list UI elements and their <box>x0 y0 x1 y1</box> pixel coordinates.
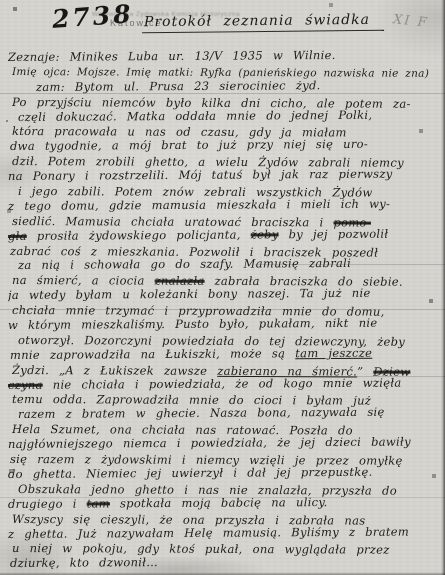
testimony-line: dziurkę, kto dzwonił… <box>10 554 439 572</box>
document-title: Protokół zeznania świadka <box>142 12 384 34</box>
underlined-word: tam jeszcze <box>295 346 372 360</box>
scan-specks <box>0 0 2 2</box>
testimony-line: najgłówniejszego niemca i powiedziała, ż… <box>8 435 439 453</box>
testimony-line: drugiego i tam spotkała moją babcię na u… <box>8 494 439 512</box>
crossed-out-word: gła <box>8 229 27 243</box>
testimony-body: Zeznaje: Minikes Luba ur. 13/V 1935 w Wi… <box>8 50 439 575</box>
testimony-line: za nią i schowała go do szafy. Mamusię z… <box>18 256 439 273</box>
testimony-line: czyna nie chciała i powiedziała, że od k… <box>8 375 439 393</box>
crossed-out-word: tam <box>87 496 110 510</box>
testimony-line: dwa tygodnie, a mój brat to już przy nie… <box>10 137 439 155</box>
testimony-line: zam: Bytom ul. Prusa 23 sierociniec żyd. <box>36 77 439 94</box>
corner-mark: XI F <box>393 12 430 31</box>
testimony-line: częli dokuczać. Matka oddała mnie do jed… <box>18 107 439 124</box>
testimony-line: na Ponary i rozstrzelili. Mój tatuś był … <box>8 166 439 184</box>
testimony-line: do ghetta. Niemiec jej uwierzył i dał je… <box>8 464 439 482</box>
testimony-line: gła prosiła żydowskiego policjanta, żeby… <box>8 226 439 244</box>
registration-number: 2738 <box>51 0 134 34</box>
scan-edge-right <box>441 0 445 575</box>
crossed-out-word: żeby <box>251 227 279 241</box>
testimony-line: ja wtedy byłam u koleżanki bony naszej. … <box>8 286 439 304</box>
testimony-line: razem z bratem w ghecie. Nasza bona, naz… <box>18 405 439 422</box>
testimony-line: z tego domu, gdzie mamusia mieszkała i m… <box>8 196 439 214</box>
crossed-out-word: czyna <box>8 377 43 391</box>
testimony-line: z ghetta. Już nazywałam Helę mamusią. By… <box>8 524 439 542</box>
testimony-line: mnie zaprowadziła na Łukiszki, może są t… <box>10 345 439 363</box>
testimony-line: Zeznaje: Minikes Luba ur. 13/V 1935 w Wi… <box>8 50 439 65</box>
testimony-line: w którym mieszkaliśmy. Pusto było, pukał… <box>8 315 439 333</box>
document-scan: 2738 Wojewódzka Żydowska Komisja History… <box>0 0 445 575</box>
